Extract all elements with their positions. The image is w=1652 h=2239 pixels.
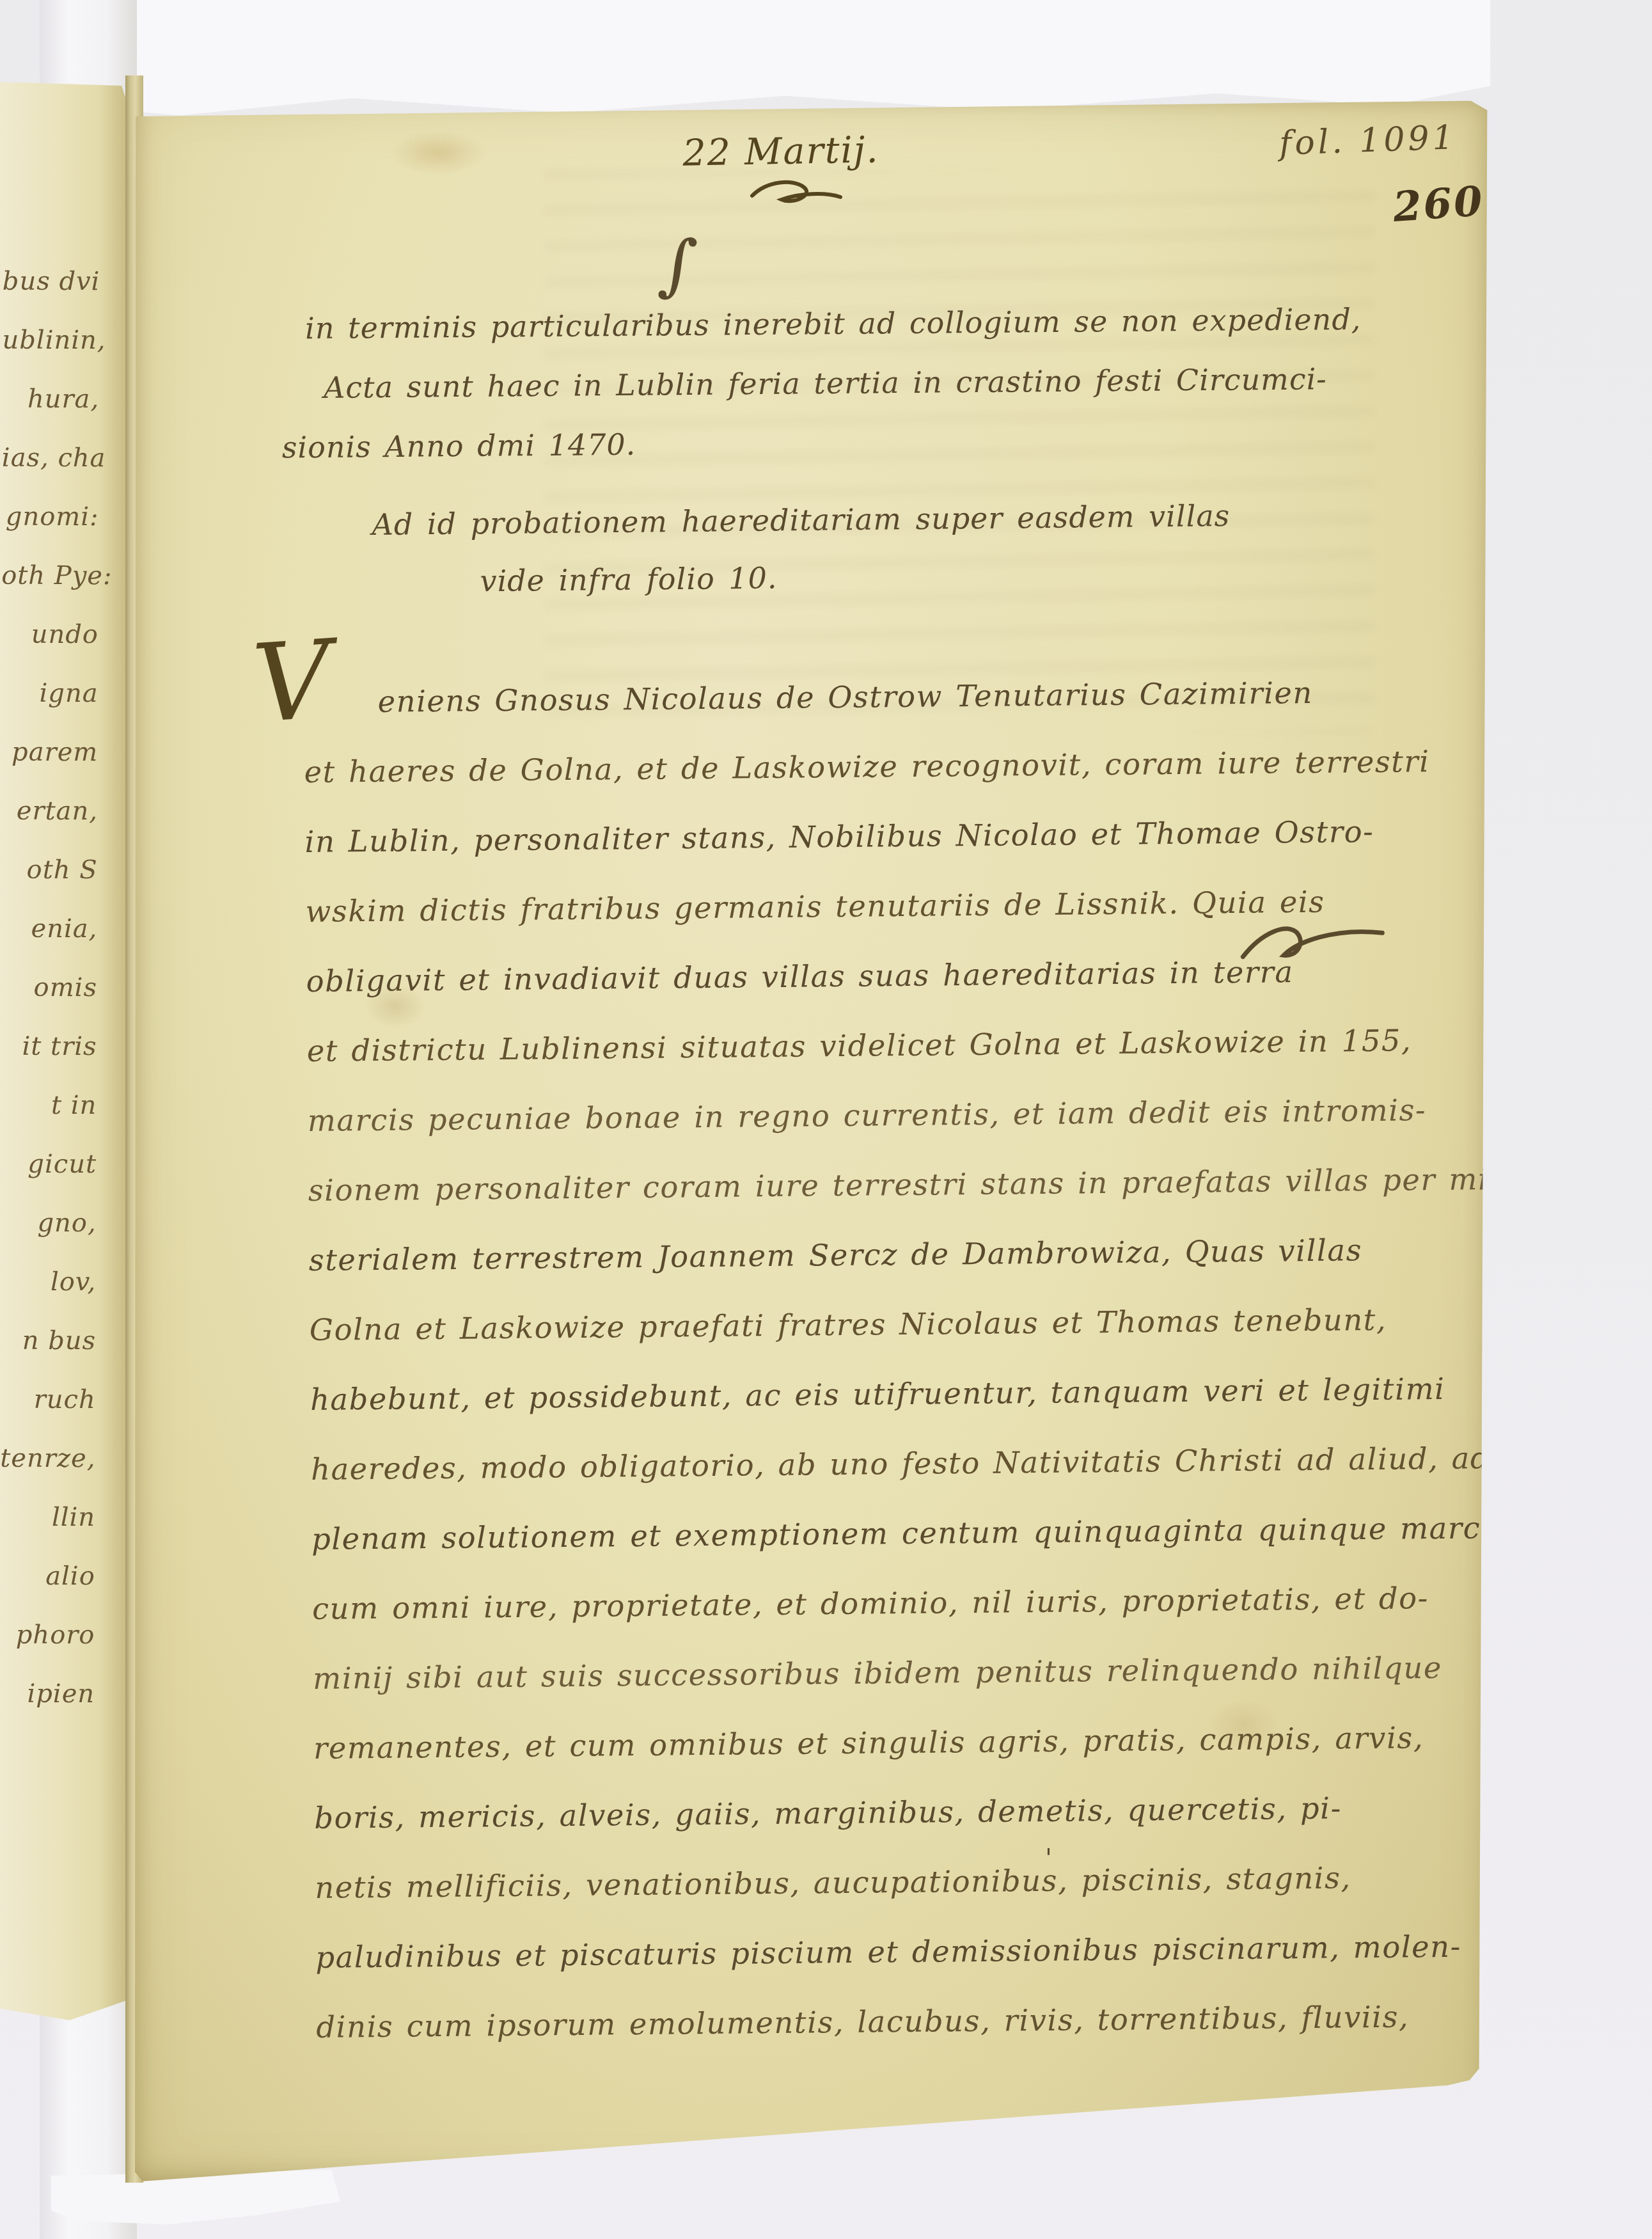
intro-paragraph: in terminis particularibus inerebit ad c…: [305, 290, 1363, 477]
manuscript-line: netis mellificiis, venationibus, aucupat…: [315, 1841, 1568, 1923]
manuscript-line: sionem personaliter coram iure terrestri…: [308, 1144, 1561, 1226]
text-fragment: oth S: [0, 841, 97, 900]
manuscript-line: in Lublin, personaliter stans, Nobilibus…: [304, 795, 1557, 877]
manuscript-line: sterialem terrestrem Joannem Sercz de Da…: [308, 1214, 1561, 1295]
manuscript-line: haeredes, modo obligatorio, ab uno festo…: [311, 1423, 1564, 1505]
stray-ink-tick: ': [1045, 1844, 1052, 1873]
text-fragment: gnomi:: [1, 487, 98, 547]
manuscript-line: dinis cum ipsorum emolumentis, lacubus, …: [316, 1981, 1569, 2062]
pen-swash-icon: ∫: [656, 223, 700, 306]
text-fragment: it tris: [0, 1017, 97, 1077]
text-fragment: ipien: [0, 1665, 95, 1724]
text-fragment: ruch: [0, 1370, 96, 1430]
manuscript-line: Golna et Laskowize praefati fratres Nico…: [309, 1283, 1562, 1365]
text-fragment: hura,: [2, 370, 99, 429]
manuscript-line: et haeres de Golna, et de Laskowize reco…: [304, 725, 1557, 807]
text-fragment: ertan,: [1, 782, 98, 841]
manuscript-line: boris, mericis, alveis, gaiis, marginibu…: [314, 1771, 1567, 1853]
manuscript-line: Ad id probationem haereditariam super ea…: [372, 487, 1231, 553]
previous-page-text-fragments: bus dvi ublinin, hura, ias, cha gnomi: o…: [0, 252, 129, 1724]
manuscript-line: minij sibi aut suis successoribus ibidem…: [313, 1632, 1566, 1714]
text-fragment: alio: [0, 1547, 95, 1606]
manuscript-page: 22 Martij. fol. 1091 260 ∫ in terminis p…: [134, 100, 1494, 2187]
text-fragment: enia,: [0, 899, 97, 959]
text-fragment: ublinin,: [2, 311, 99, 370]
page-stain: [390, 131, 486, 175]
text-fragment: t in: [0, 1076, 97, 1135]
manuscript-line: Acta sunt haec in Lublin feria tertia in…: [324, 349, 1362, 418]
text-fragment: omis: [0, 958, 97, 1018]
previous-page-sliver: bus dvi ublinin, hura, ias, cha gnomi: o…: [0, 82, 127, 2020]
main-entry-paragraph: eniens Gnosus Nicolaus de Ostrow Tenutar…: [303, 656, 1569, 2062]
manuscript-line: sionis Anno dmi 1470.: [281, 409, 1362, 478]
manuscript-line: vide infra folio 10.: [480, 544, 1231, 610]
note-paragraph: Ad id probationem haereditariam super ea…: [372, 487, 1231, 611]
page-number: 260: [1392, 177, 1486, 232]
manuscript-line: et districtu Lublinensi situatas videlic…: [306, 1004, 1559, 1086]
text-fragment: gicut: [0, 1135, 97, 1194]
manuscript-line: habebunt, et possidebunt, ac eis utifrue…: [310, 1353, 1562, 1435]
manuscript-line: plenam solutionem et exemptionem centum …: [311, 1492, 1564, 1574]
manuscript-line: marcis pecuniae bonae in regno currentis…: [307, 1074, 1560, 1156]
manuscript-line: remanentes, et cum omnibus et singulis a…: [313, 1702, 1566, 1784]
text-fragment: bus dvi: [3, 252, 100, 312]
manuscript-line: eniens Gnosus Nicolaus de Ostrow Tenutar…: [303, 656, 1556, 738]
text-fragment: igna: [1, 664, 98, 724]
text-fragment: ias, cha: [2, 429, 99, 488]
manuscript-line: paludinibus et piscaturis piscium et dem…: [315, 1911, 1568, 1993]
text-fragment: phoro: [0, 1606, 95, 1665]
manuscript-line: cum omni iure, proprietate, et dominio, …: [312, 1562, 1565, 1644]
text-fragment: parem: [1, 723, 98, 782]
manuscript-line: in terminis particularibus inerebit ad c…: [305, 290, 1362, 358]
text-fragment: llin: [0, 1488, 95, 1547]
text-fragment: tenrze,: [0, 1429, 96, 1489]
text-fragment: n bus: [0, 1311, 96, 1371]
text-fragment: undo: [1, 605, 98, 665]
manuscript-photo: bus dvi ublinin, hura, ias, cha gnomi: o…: [0, 0, 1652, 2239]
date-heading: 22 Martij.: [675, 129, 886, 175]
text-fragment: gno,: [0, 1194, 97, 1253]
backing-sheet-bottom-edge: [51, 2170, 340, 2227]
text-fragment: lov,: [0, 1253, 97, 1312]
folio-number: fol. 1091: [1278, 118, 1458, 163]
underline-flourish-icon: [748, 177, 844, 206]
text-fragment: oth Pye:: [1, 546, 98, 606]
